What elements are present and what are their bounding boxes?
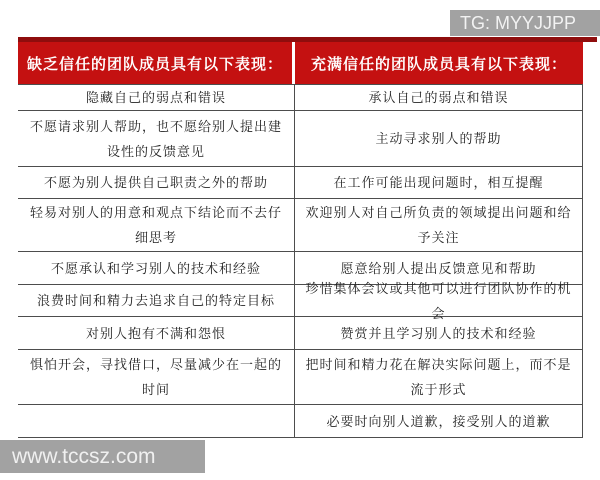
table-cell-right: 珍惜集体会议或其他可以进行团队协作的机会 bbox=[295, 285, 582, 316]
table-row: 浪费时间和精力去追求自己的特定目标 珍惜集体会议或其他可以进行团队协作的机会 bbox=[18, 285, 582, 317]
table-row: 轻易对别人的用意和观点下结论而不去仔细思考 欢迎别人对自己所负责的领域提出问题和… bbox=[18, 199, 582, 252]
table-row: 隐藏自己的弱点和错误 承认自己的弱点和错误 bbox=[18, 85, 582, 111]
top-right-watermark: TG: MYYJJPP bbox=[450, 10, 600, 36]
table-cell-left: 不愿为别人提供自己职责之外的帮助 bbox=[18, 167, 295, 198]
table-cell-left: 惧怕开会，寻找借口，尽量减少在一起的时间 bbox=[18, 350, 295, 404]
table-row: 不愿请求别人帮助，也不愿给别人提出建设性的反馈意见 主动寻求别人的帮助 bbox=[18, 111, 582, 167]
table-header-row: 缺乏信任的团队成员具有以下表现： 充满信任的团队成员具有以下表现： bbox=[18, 42, 583, 84]
table-cell-right: 欢迎别人对自己所负责的领域提出问题和给予关注 bbox=[295, 199, 582, 251]
table-row: 不愿为别人提供自己职责之外的帮助 在工作可能出现问题时，相互提醒 bbox=[18, 167, 582, 199]
bottom-left-watermark: www.tccsz.com bbox=[0, 440, 205, 473]
trust-comparison-table: 缺乏信任的团队成员具有以下表现： 充满信任的团队成员具有以下表现： 隐藏自己的弱… bbox=[18, 42, 583, 438]
table-cell-left: 轻易对别人的用意和观点下结论而不去仔细思考 bbox=[18, 199, 295, 251]
table-cell-left: 不愿请求别人帮助，也不愿给别人提出建设性的反馈意见 bbox=[18, 111, 295, 166]
table-cell-right: 把时间和精力花在解决实际问题上，而不是流于形式 bbox=[295, 350, 582, 404]
header-lack-of-trust: 缺乏信任的团队成员具有以下表现： bbox=[18, 42, 295, 84]
table-cell-left: 不愿承认和学习别人的技术和经验 bbox=[18, 252, 295, 284]
table-cell-right: 在工作可能出现问题时，相互提醒 bbox=[295, 167, 582, 198]
table-cell-right: 必要时向别人道歉，接受别人的道歉 bbox=[295, 405, 582, 437]
table-body: 隐藏自己的弱点和错误 承认自己的弱点和错误 不愿请求别人帮助，也不愿给别人提出建… bbox=[18, 84, 583, 438]
table-cell-left: 隐藏自己的弱点和错误 bbox=[18, 85, 295, 110]
header-full-of-trust: 充满信任的团队成员具有以下表现： bbox=[295, 42, 583, 84]
table-row: 对别人抱有不满和怨恨 赞赏并且学习别人的技术和经验 bbox=[18, 317, 582, 350]
table-cell-right: 主动寻求别人的帮助 bbox=[295, 111, 582, 166]
table-cell-left: 对别人抱有不满和怨恨 bbox=[18, 317, 295, 349]
table-row: 必要时向别人道歉，接受别人的道歉 bbox=[18, 405, 582, 438]
table-cell-right: 赞赏并且学习别人的技术和经验 bbox=[295, 317, 582, 349]
table-cell-left: 浪费时间和精力去追求自己的特定目标 bbox=[18, 285, 295, 316]
table-row: 惧怕开会，寻找借口，尽量减少在一起的时间 把时间和精力花在解决实际问题上，而不是… bbox=[18, 350, 582, 405]
table-cell-right: 承认自己的弱点和错误 bbox=[295, 85, 582, 110]
page: TG: MYYJJPP 缺乏信任的团队成员具有以下表现： 充满信任的团队成员具有… bbox=[0, 0, 600, 480]
table-cell-left bbox=[18, 405, 295, 437]
